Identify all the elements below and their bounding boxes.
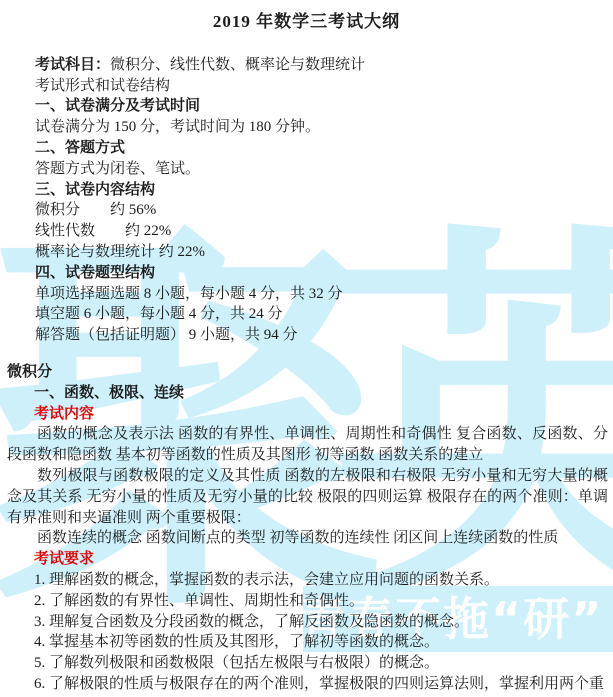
content-paragraph: 数列极限与函数极限的定义及其性质 函数的左极限和右极限 无穷小量和无穷大量的概念… (7, 466, 608, 528)
content-paragraph: 函数的概念及表示法 函数的有界性、单调性、周期性和奇偶性 复合函数、反函数、分段… (7, 424, 608, 466)
structure-intro-line: 考试形式和试卷结构 (35, 76, 608, 97)
content-label: 考试内容 (34, 404, 608, 425)
part-title: 微积分 (7, 362, 608, 383)
section-heading-3: 三、试卷内容结构 (35, 180, 608, 201)
body-line: 单项选择题选题 8 小题，每小题 4 分，共 32 分 (35, 284, 608, 305)
body-line: 解答题（包括证明题） 9 小题，共 94 分 (35, 325, 608, 346)
requirement-item: 5. 了解数列极限和函数极限（包括左极限与右极限）的概念。 (34, 653, 608, 674)
document-page: 聚英 青春不拖“研” 2019 年数学三考试大纲 考试科目：微积分、线性代数、概… (0, 0, 613, 697)
body-line: 试卷满分为 150 分，考试时间为 180 分钟。 (35, 117, 608, 138)
section-heading-1: 一、试卷满分及考试时间 (35, 96, 608, 117)
subject-line: 考试科目：微积分、线性代数、概率论与数理统计 (35, 55, 608, 76)
body-line: 答题方式为闭卷、笔试。 (35, 159, 608, 180)
subject-label: 考试科目： (35, 57, 110, 73)
content-paragraph: 函数连续的概念 函数间断点的类型 初等函数的连续性 闭区间上连续函数的性质 (7, 528, 608, 549)
calculus-block: 微积分 一、函数、极限、连续 考试内容 函数的概念及表示法 函数的有界性、单调性… (7, 362, 608, 695)
requirement-label: 考试要求 (34, 549, 608, 570)
subject-value: 微积分、线性代数、概率论与数理统计 (110, 57, 365, 73)
page-title: 2019 年数学三考试大纲 (0, 12, 613, 33)
document-body: 2019 年数学三考试大纲 考试科目：微积分、线性代数、概率论与数理统计 考试形… (0, 12, 613, 695)
body-line: 填空题 6 小题，每小题 4 分，共 24 分 (35, 304, 608, 325)
exam-overview-block: 考试科目：微积分、线性代数、概率论与数理统计 考试形式和试卷结构 一、试卷满分及… (35, 55, 608, 346)
requirement-item: 6. 了解极限的性质与极限存在的两个准则，掌握极限的四则运算法则，掌握利用两个重 (34, 674, 608, 695)
requirement-item: 3. 理解复合函数及分段函数的概念，了解反函数及隐函数的概念。 (34, 612, 608, 633)
body-line: 线性代数 约 22% (35, 221, 608, 242)
body-line: 微积分 约 56% (35, 200, 608, 221)
section-heading-2: 二、答题方式 (35, 138, 608, 159)
requirement-item: 4. 掌握基本初等函数的性质及其图形，了解初等函数的概念。 (34, 632, 608, 653)
requirement-item: 1. 理解函数的概念，掌握函数的表示法，会建立应用问题的函数关系。 (34, 570, 608, 591)
chapter-title: 一、函数、极限、连续 (34, 383, 608, 404)
body-line: 概率论与数理统计 约 22% (35, 242, 608, 263)
section-heading-4: 四、试卷题型结构 (35, 263, 608, 284)
requirement-item: 2. 了解函数的有界性、单调性、周期性和奇偶性。 (34, 591, 608, 612)
